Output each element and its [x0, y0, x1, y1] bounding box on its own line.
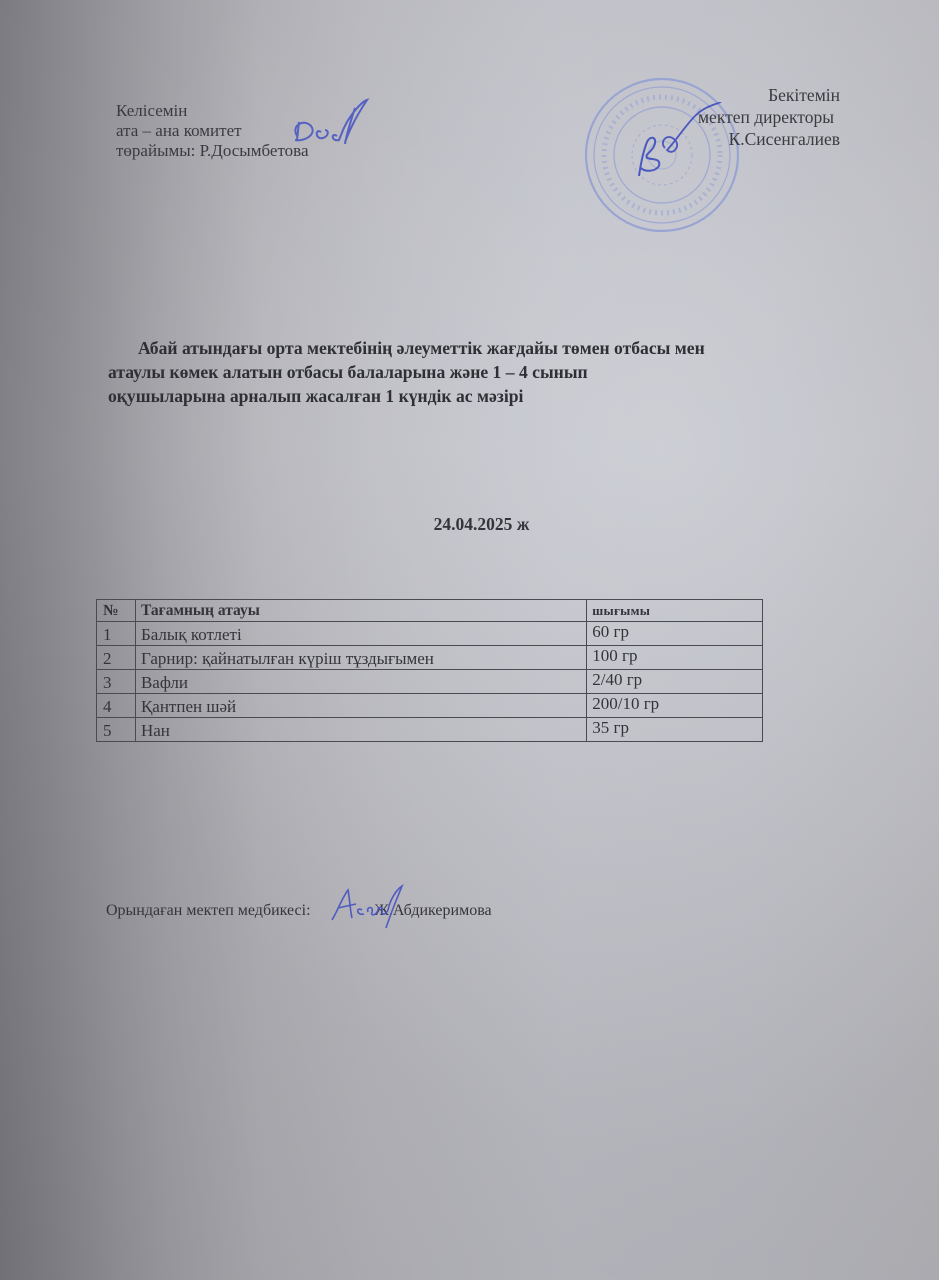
approval-left-line3: төрайымы: Р.Досымбетова: [116, 141, 309, 161]
approval-right-line1: Бекітемін: [655, 84, 840, 106]
director-approval: Бекітемін мектеп директоры К.Сисенгалиев: [655, 84, 840, 150]
row-number: 5: [97, 718, 136, 742]
row-yield: 2/40 гр: [587, 670, 763, 694]
title-line1: Абай атындағы орта мектебінің әлеуметтік…: [108, 336, 868, 360]
row-dish-name: Балық котлеті: [135, 622, 586, 646]
nurse-signoff: Орындаған мектеп медбикесі:Ж.Абдикеримов…: [106, 902, 492, 920]
row-yield: 60 гр: [587, 622, 763, 646]
row-number: 2: [97, 646, 136, 670]
header-yield: шығымы: [587, 600, 763, 622]
row-number: 1: [97, 622, 136, 646]
row-dish-name: Нан: [135, 718, 586, 742]
nurse-label: Орындаған мектеп медбикесі:: [106, 902, 311, 919]
row-yield: 35 гр: [587, 718, 763, 742]
header-number: №: [97, 600, 136, 622]
row-dish-name: Гарнир: қайнатылған күріш тұздығымен: [135, 646, 586, 670]
menu-date: 24.04.2025 ж: [0, 514, 939, 535]
approval-right-line3: К.Сисенгалиев: [655, 128, 840, 150]
parent-committee-approval: Келісемін ата – ана комитет төрайымы: Р.…: [116, 101, 309, 161]
document-title: Абай атындағы орта мектебінің әлеуметтік…: [108, 336, 868, 408]
table-row: 2 Гарнир: қайнатылған күріш тұздығымен 1…: [97, 646, 763, 670]
row-dish-name: Қантпен шәй: [135, 694, 586, 718]
title-line2: атаулы көмек алатын отбасы балаларына жә…: [108, 360, 868, 384]
row-number: 3: [97, 670, 136, 694]
approval-left-line2: ата – ана комитет: [116, 121, 309, 141]
row-yield: 200/10 гр: [587, 694, 763, 718]
parent-chair-signature-icon: [285, 96, 375, 158]
row-number: 4: [97, 694, 136, 718]
header-dish-name: Тағамның атауы: [135, 600, 586, 622]
menu-date-text: 24.04.2025 ж: [434, 514, 530, 534]
nurse-signature-icon: [328, 880, 408, 930]
approval-left-line1: Келісемін: [116, 101, 309, 121]
table-row: 4 Қантпен шәй 200/10 гр: [97, 694, 763, 718]
menu-table: № Тағамның атауы шығымы 1 Балық котлеті …: [96, 599, 763, 742]
table-row: 3 Вафли 2/40 гр: [97, 670, 763, 694]
row-yield: 100 гр: [587, 646, 763, 670]
title-line3: оқушыларына арналып жасалған 1 күндік ас…: [108, 384, 868, 408]
row-dish-name: Вафли: [135, 670, 586, 694]
approval-right-line2: мектеп директоры: [655, 106, 834, 128]
table-row: 5 Нан 35 гр: [97, 718, 763, 742]
table-header-row: № Тағамның атауы шығымы: [97, 600, 763, 622]
table-row: 1 Балық котлеті 60 гр: [97, 622, 763, 646]
